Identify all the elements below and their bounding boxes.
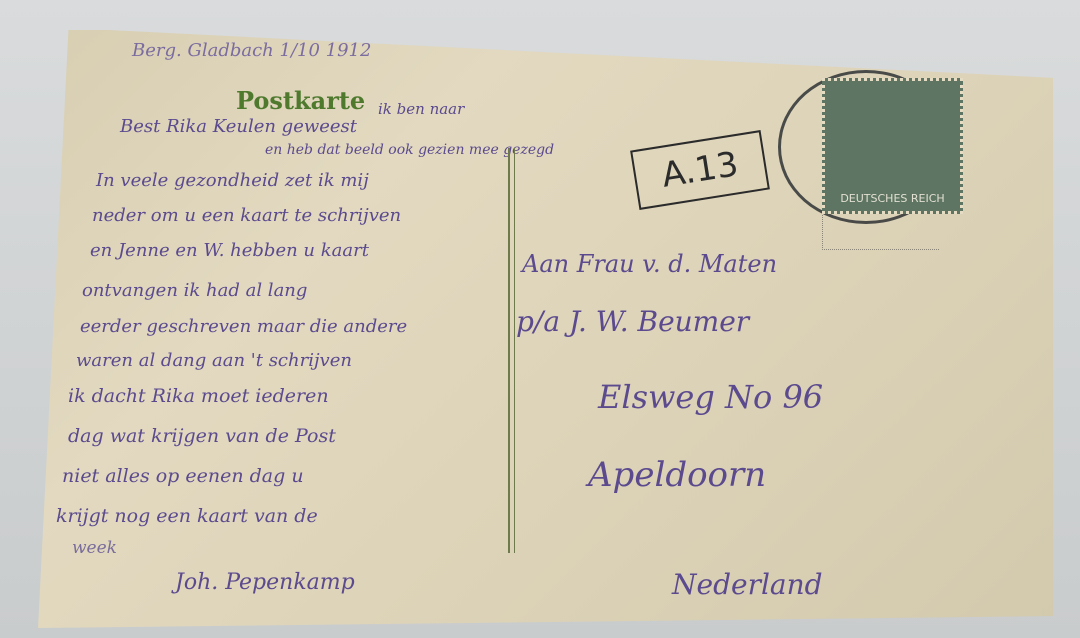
message-line: waren al dang aan 't schrijven — [76, 350, 352, 371]
message-line: ontvangen ik had al lang — [82, 280, 307, 301]
message-line: krijgt nog een kaart van de — [56, 505, 318, 527]
message-line: week — [72, 538, 117, 558]
stamp-placement-box — [822, 215, 939, 250]
message-line: In veele gezondheid zet ik mij — [96, 170, 369, 191]
address-line: Aan Frau v. d. Maten — [522, 250, 777, 278]
message-line: ik ben naar — [378, 100, 464, 118]
center-divider — [508, 148, 515, 553]
message-line: niet alles op eenen dag u — [62, 465, 304, 487]
message-line: Best Rika Keulen geweest — [120, 116, 357, 137]
message-line: dag wat krijgen van de Post — [68, 425, 336, 447]
address-line: p/a J. W. Beumer — [516, 305, 749, 338]
address-line: Apeldoorn — [588, 455, 766, 495]
stamp-text: DEUTSCHES REICH — [825, 192, 960, 205]
message-line: eerder geschreven maar die andere — [80, 316, 407, 337]
address-line: Elsweg No 96 — [598, 378, 823, 416]
message-line: ik dacht Rika moet iederen — [68, 385, 329, 407]
signature: Joh. Pepenkamp — [175, 570, 355, 595]
postage-stamp: DEUTSCHES REICH — [822, 78, 963, 214]
message-line: neder om u een kaart te schrijven — [92, 205, 401, 226]
message-line: en Jenne en W. hebben u kaart — [90, 240, 369, 261]
postkarte-title: Postkarte — [236, 86, 365, 115]
header-note: Berg. Gladbach 1/10 1912 — [132, 40, 371, 61]
address-line: Nederland — [672, 568, 823, 601]
